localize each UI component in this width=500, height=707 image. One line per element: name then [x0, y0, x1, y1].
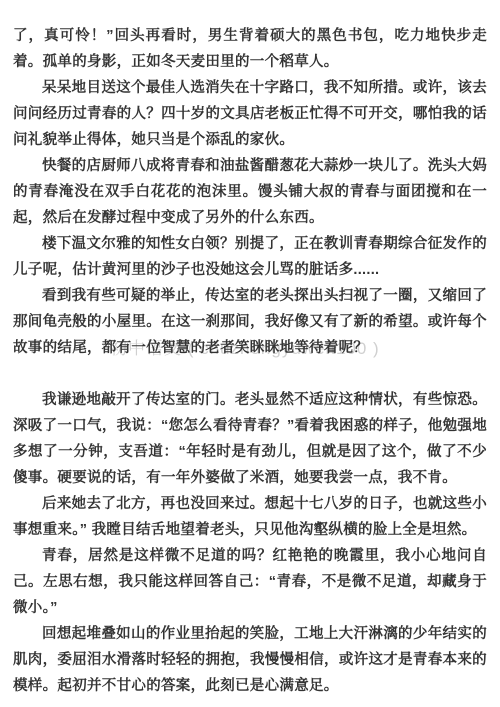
paragraph: 回想起堆叠如山的作业里抬起的笑脸，工地上大汗淋漓的少年结实的肌肉，委屈泪水滑落时… [13, 621, 487, 699]
paragraph: 了，真可怜！”回头再看时，男生背着硕大的黑色书包，吃力地快步走着。孤单的身影，正… [13, 23, 487, 75]
paragraph: 呆呆地目送这个最佳人选消失在十字路口，我不知所措。或许，该去问问经历过青春的人？… [13, 75, 487, 153]
document-body: 了，真可怜！”回头再看时，男生背着硕大的黑色书包，吃力地快步走着。孤单的身影，正… [0, 0, 500, 699]
paragraph: 青春，居然是这样微不足道的吗？红艳艳的晚霞里，我小心地问自己。左思右想，我只能这… [13, 543, 487, 621]
paragraph: 后来她去了北方，再也没回来过。想起十七八岁的日子，也就这些小事想重来。” 我瞠目… [13, 491, 487, 543]
paragraph: 楼下温文尔雅的知性女白领？别提了，正在教训青春期综合征发作的儿子呢，估计黄河里的… [13, 231, 487, 283]
paragraph: 快餐的店厨师八成将青春和油盐酱醋葱花大蒜炒一块儿了。洗头大妈的青春淹没在双手白花… [13, 153, 487, 231]
document-page: 初中语文 ( chuzhongyuwen100 ) 了，真可怜！”回头再看时，男… [0, 0, 500, 707]
paragraph: 我谦逊地敲开了传达室的门。老头显然不适应这种情状，有些惊恐。深吸了一口气，我说：… [13, 387, 487, 491]
paragraph: 看到我有些可疑的举止，传达室的老头探出头扫视了一圈，又缩回了那间龟壳般的小屋里。… [13, 283, 487, 361]
